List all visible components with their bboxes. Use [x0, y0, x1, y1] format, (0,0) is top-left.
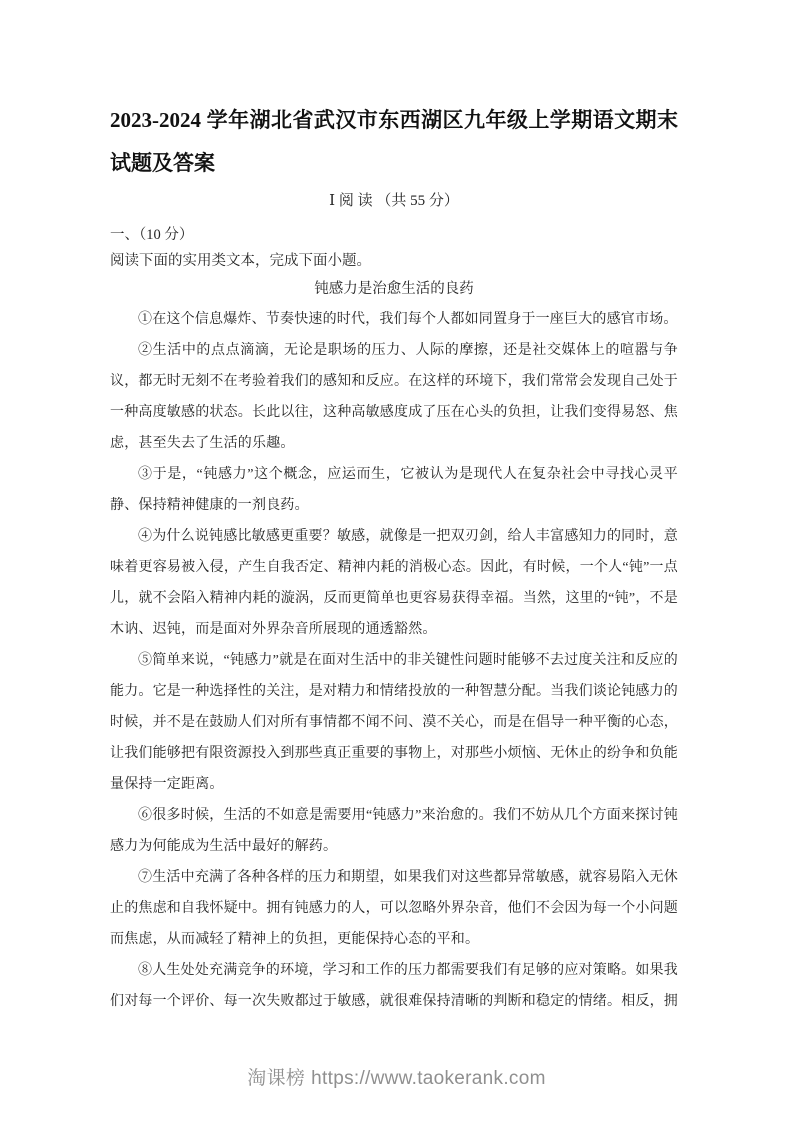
document-viewport: { "doc": { "title": "2023-2024 学年湖北省武汉市东… — [0, 0, 793, 1122]
watermark-footer: 淘课榜https://www.taokerank.com — [0, 1063, 793, 1090]
essay-paragraph-4: ④为什么说钝感比敏感更重要？敏感，就像是一把双刃剑，给人丰富感知力的同时，意味着… — [110, 521, 678, 645]
essay-paragraph-3: ③于是，“钝感力”这个概念，应运而生，它被认为是现代人在复杂社会中寻找心灵平静、… — [110, 459, 678, 521]
essay-paragraph-6: ⑥很多时候，生活的不如意是需要用“钝感力”来治愈的。我们不妨从几个方面来探讨钝感… — [110, 800, 678, 862]
document-page: 2023-2024 学年湖北省武汉市东西湖区九年级上学期语文期末试题及答案 Ⅰ … — [110, 0, 678, 1017]
essay-paragraph-5: ⑤简单来说，“钝感力”就是在面对生活中的非关键性问题时能够不去过度关注和反应的能… — [110, 645, 678, 800]
essay-paragraph-1: ①在这个信息爆炸、节奏快速的时代，我们每个人都如同置身于一座巨大的感官市场。 — [110, 304, 678, 335]
footer-site-name: 淘课榜 — [247, 1068, 305, 1089]
essay-body: ①在这个信息爆炸、节奏快速的时代，我们每个人都如同置身于一座巨大的感官市场。 ②… — [110, 304, 678, 1017]
page-title: 2023-2024 学年湖北省武汉市东西湖区九年级上学期语文期末试题及答案 — [110, 99, 678, 185]
essay-title: 钝感力是治愈生活的良药 — [110, 278, 678, 300]
essay-paragraph-7: ⑦生活中充满了各种各样的压力和期望，如果我们对这些都异常敏感，就容易陷入无休止的… — [110, 862, 678, 955]
essay-paragraph-8: ⑧人生处处充满竞争的环境，学习和工作的压力都需要我们有足够的应对策略。如果我们对… — [110, 955, 678, 1017]
essay-paragraph-2: ②生活中的点点滴滴，无论是职场的压力、人际的摩擦，还是社交媒体上的喧嚣与争议，都… — [110, 335, 678, 459]
section-heading: Ⅰ 阅 读 （共 55 分） — [110, 190, 678, 212]
reading-instruction: 阅读下面的实用类文本，完成下面小题。 — [110, 250, 678, 272]
question-part-label: 一、（10 分） — [110, 224, 678, 246]
footer-site-url: https://www.taokerank.com — [311, 1068, 546, 1089]
